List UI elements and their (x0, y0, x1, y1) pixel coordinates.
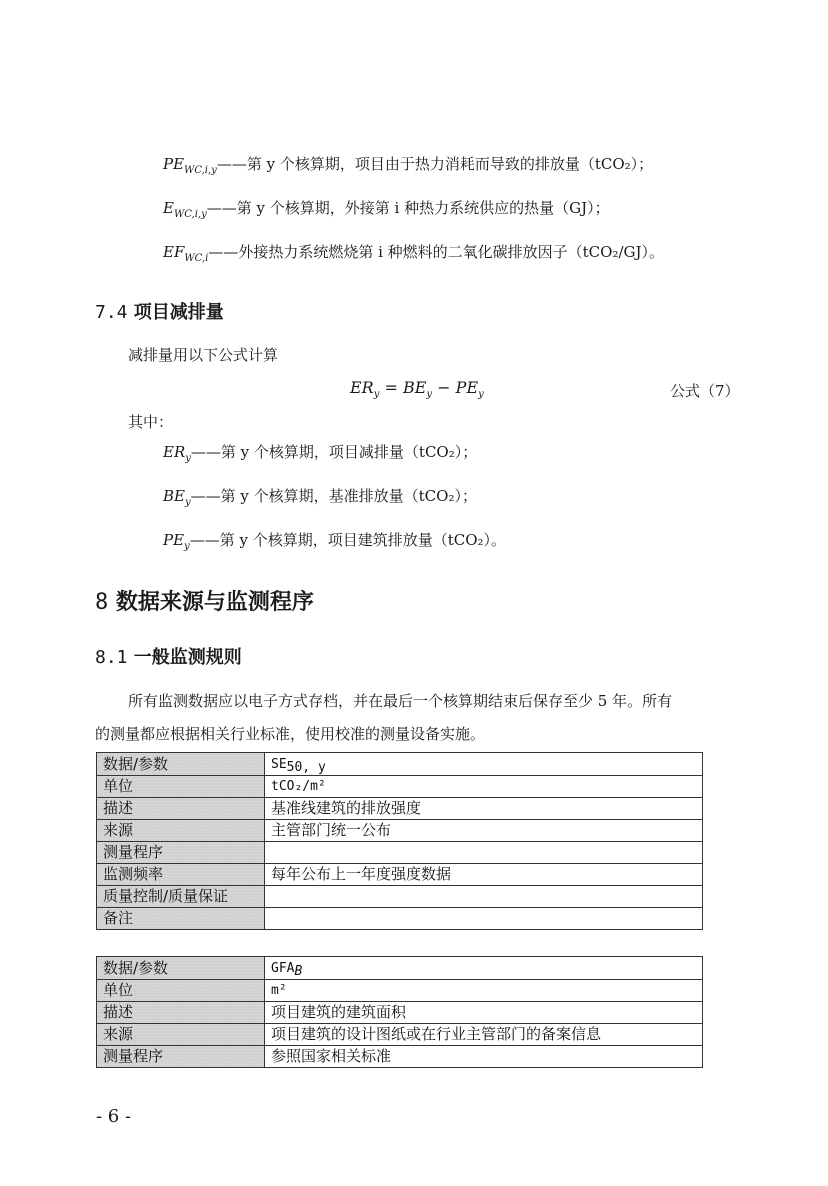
paragraph-line-2: 的测量都应根据相关行业标准，使用校准的测量设备实施。 (95, 723, 485, 744)
row-label: 描述 (97, 1002, 265, 1024)
definition-ef-wc: EFWC,i——外接热力系统燃烧第 i 种燃料的二氧化碳排放因子（tCO₂/GJ… (163, 242, 664, 262)
section-heading-7-4: 7.4 项目减排量 (95, 298, 224, 324)
row-label: 描述 (97, 798, 265, 820)
row-label: 测量程序 (97, 842, 265, 864)
table-row: 描述 基准线建筑的排放强度 (97, 798, 703, 820)
definition-text: ——外接热力系统燃烧第 i 种燃料的二氧化碳排放因子（tCO₂/GJ）。 (208, 243, 664, 261)
row-label: 监测频率 (97, 864, 265, 886)
row-label: 单位 (97, 980, 265, 1002)
row-value: tCO₂/m² (265, 776, 703, 798)
definition-er: ERy——第 y 个核算期，项目减排量（tCO₂）； (163, 442, 477, 462)
table-row: 监测频率 每年公布上一年度强度数据 (97, 864, 703, 886)
monitoring-table-gfab: 数据/参数 GFAB 单位 m² 描述 项目建筑的建筑面积 来源 项目建筑的设计… (96, 956, 703, 1068)
row-value: GFAB (265, 957, 703, 980)
symbol: PEWC,i,y (163, 155, 217, 173)
section-heading-8-1: 8.1 一般监测规则 (95, 643, 242, 669)
row-label: 质量控制/质量保证 (97, 886, 265, 908)
page-number: - 6 - (96, 1106, 131, 1127)
definition-pe-wc: PEWC,i,y——第 y 个核算期，项目由于热力消耗而导致的排放量（tCO₂）… (163, 154, 653, 174)
where-label: 其中： (128, 411, 173, 432)
row-label: 来源 (97, 1024, 265, 1046)
section-heading-8: 8 数据来源与监测程序 (95, 585, 314, 616)
formula-7: ERy = BEy − PEy (350, 378, 484, 397)
symbol: EFWC,i (163, 243, 208, 261)
row-label: 单位 (97, 776, 265, 798)
table-row: 质量控制/质量保证 (97, 886, 703, 908)
row-value (265, 886, 703, 908)
definition-pe: PEy——第 y 个核算期，项目建筑排放量（tCO₂）。 (163, 530, 506, 550)
table-row: 来源 主管部门统一公布 (97, 820, 703, 842)
table-row: 备注 (97, 908, 703, 930)
definition-text: ——第 y 个核算期，项目由于热力消耗而导致的排放量（tCO₂）； (217, 155, 653, 173)
table-row: 测量程序 (97, 842, 703, 864)
formula-intro: 减排量用以下公式计算 (128, 344, 278, 365)
row-label: 数据/参数 (97, 753, 265, 776)
definition-text: ——第 y 个核算期，外接第 i 种热力系统供应的热量（GJ）； (207, 199, 610, 217)
row-value: 项目建筑的设计图纸或在行业主管部门的备案信息 (265, 1024, 703, 1046)
row-label: 备注 (97, 908, 265, 930)
row-value (265, 842, 703, 864)
row-label: 测量程序 (97, 1046, 265, 1068)
table-row: 来源 项目建筑的设计图纸或在行业主管部门的备案信息 (97, 1024, 703, 1046)
row-label: 数据/参数 (97, 957, 265, 980)
paragraph-line-1: 所有监测数据应以电子方式存档，并在最后一个核算期结束后保存至少 5 年。所有 (128, 690, 672, 711)
table-row: 描述 项目建筑的建筑面积 (97, 1002, 703, 1024)
monitoring-table-se50y: 数据/参数 SE50, y 单位 tCO₂/m² 描述 基准线建筑的排放强度 来… (96, 752, 703, 930)
row-value: 主管部门统一公布 (265, 820, 703, 842)
row-value: 参照国家相关标准 (265, 1046, 703, 1068)
definition-be: BEy——第 y 个核算期，基准排放量（tCO₂）； (163, 486, 477, 506)
formula-label: 公式（7） (670, 380, 740, 401)
table-row: 数据/参数 SE50, y (97, 753, 703, 776)
row-value: SE50, y (265, 753, 703, 776)
row-value: 基准线建筑的排放强度 (265, 798, 703, 820)
table-row: 测量程序 参照国家相关标准 (97, 1046, 703, 1068)
row-value: 每年公布上一年度强度数据 (265, 864, 703, 886)
row-value (265, 908, 703, 930)
table-row: 单位 m² (97, 980, 703, 1002)
definition-e-wc: EWC,i,y——第 y 个核算期，外接第 i 种热力系统供应的热量（GJ）； (163, 198, 610, 218)
row-value: m² (265, 980, 703, 1002)
table-row: 数据/参数 GFAB (97, 957, 703, 980)
symbol: EWC,i,y (163, 199, 207, 217)
row-label: 来源 (97, 820, 265, 842)
table-row: 单位 tCO₂/m² (97, 776, 703, 798)
row-value: 项目建筑的建筑面积 (265, 1002, 703, 1024)
